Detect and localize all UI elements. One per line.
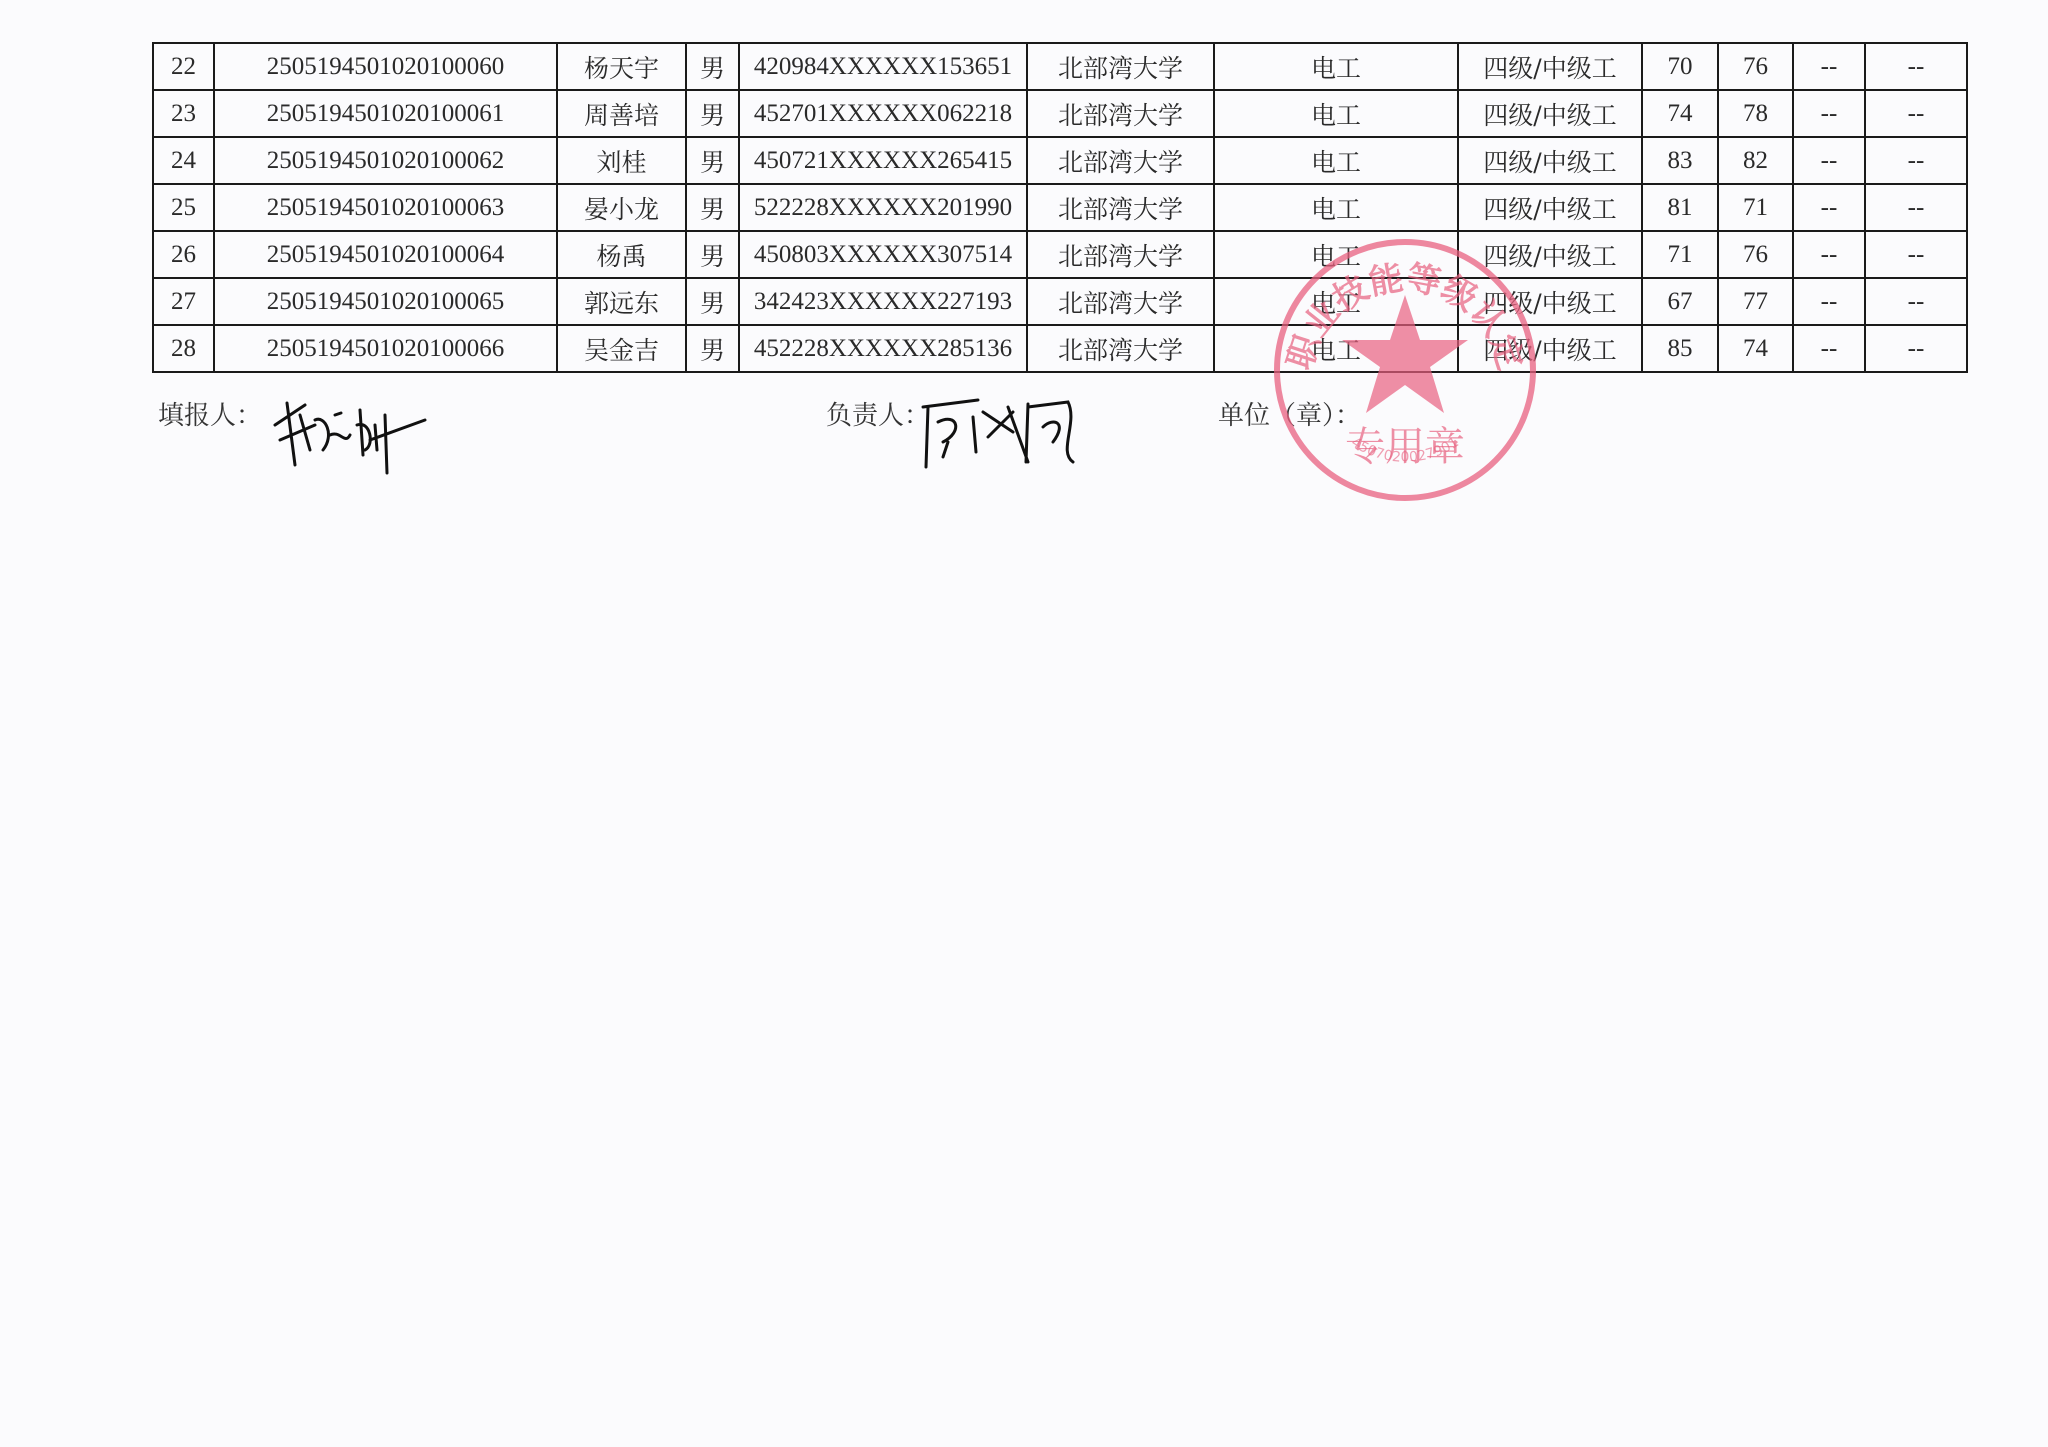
blank-cell-a: --: [1793, 184, 1865, 231]
gender-cell: 男: [686, 231, 739, 278]
exam-id-cell: 2505194501020100061: [214, 90, 557, 137]
svg-text:4507020027901: 4507020027901: [1348, 434, 1462, 465]
name-cell: 杨禹: [557, 231, 686, 278]
blank-cell-b: --: [1865, 231, 1967, 278]
blank-cell-a: --: [1793, 90, 1865, 137]
skill-score-cell: 82: [1718, 137, 1793, 184]
blank-cell-a: --: [1793, 325, 1865, 372]
table-row: 222505194501020100060杨天宇男420984XXXXXX153…: [153, 43, 1967, 90]
gender-cell: 男: [686, 90, 739, 137]
exam-id-cell: 2505194501020100064: [214, 231, 557, 278]
id-card-cell: 452701XXXXXX062218: [739, 90, 1027, 137]
row-number-cell: 28: [153, 325, 214, 372]
exam-id-cell: 2505194501020100066: [214, 325, 557, 372]
id-card-cell: 522228XXXXXX201990: [739, 184, 1027, 231]
occupation-cell: 电工: [1214, 278, 1458, 325]
level-cell: 四级/中级工: [1458, 278, 1642, 325]
row-number-cell: 25: [153, 184, 214, 231]
level-cell: 四级/中级工: [1458, 184, 1642, 231]
level-cell: 四级/中级工: [1458, 137, 1642, 184]
table-row: 242505194501020100062刘桂男450721XXXXXX2654…: [153, 137, 1967, 184]
unit-cell: 北部湾大学: [1027, 43, 1214, 90]
theory-score-cell: 83: [1642, 137, 1718, 184]
gender-cell: 男: [686, 278, 739, 325]
skill-score-cell: 77: [1718, 278, 1793, 325]
theory-score-cell: 70: [1642, 43, 1718, 90]
table-row: 252505194501020100063晏小龙男522228XXXXXX201…: [153, 184, 1967, 231]
unit-cell: 北部湾大学: [1027, 90, 1214, 137]
exam-id-cell: 2505194501020100065: [214, 278, 557, 325]
exam-id-cell: 2505194501020100062: [214, 137, 557, 184]
skill-score-cell: 71: [1718, 184, 1793, 231]
level-cell: 四级/中级工: [1458, 90, 1642, 137]
skill-score-cell: 78: [1718, 90, 1793, 137]
id-card-cell: 342423XXXXXX227193: [739, 278, 1027, 325]
theory-score-cell: 74: [1642, 90, 1718, 137]
unit-seal-label: 单位（章）：: [1218, 395, 1361, 432]
row-number-cell: 22: [153, 43, 214, 90]
name-cell: 刘桂: [557, 137, 686, 184]
theory-score-cell: 81: [1642, 184, 1718, 231]
table-row: 262505194501020100064杨禹男450803XXXXXX3075…: [153, 231, 1967, 278]
filler-signature: [265, 395, 435, 475]
blank-cell-a: --: [1793, 231, 1865, 278]
gender-cell: 男: [686, 43, 739, 90]
blank-cell-b: --: [1865, 90, 1967, 137]
gender-cell: 男: [686, 137, 739, 184]
table-row: 272505194501020100065郭远东男342423XXXXXX227…: [153, 278, 1967, 325]
table-row: 282505194501020100066吴金吉男452228XXXXXX285…: [153, 325, 1967, 372]
exam-id-cell: 2505194501020100060: [214, 43, 557, 90]
row-number-cell: 26: [153, 231, 214, 278]
blank-cell-b: --: [1865, 278, 1967, 325]
row-number-cell: 27: [153, 278, 214, 325]
blank-cell-a: --: [1793, 43, 1865, 90]
occupation-cell: 电工: [1214, 43, 1458, 90]
unit-cell: 北部湾大学: [1027, 278, 1214, 325]
name-cell: 晏小龙: [557, 184, 686, 231]
blank-cell-b: --: [1865, 137, 1967, 184]
unit-cell: 北部湾大学: [1027, 231, 1214, 278]
filler-label: 填报人：: [158, 395, 262, 432]
unit-cell: 北部湾大学: [1027, 137, 1214, 184]
blank-cell-a: --: [1793, 278, 1865, 325]
theory-score-cell: 71: [1642, 231, 1718, 278]
row-number-cell: 23: [153, 90, 214, 137]
gender-cell: 男: [686, 184, 739, 231]
unit-cell: 北部湾大学: [1027, 184, 1214, 231]
unit-cell: 北部湾大学: [1027, 325, 1214, 372]
theory-score-cell: 85: [1642, 325, 1718, 372]
skill-score-cell: 76: [1718, 43, 1793, 90]
blank-cell-b: --: [1865, 43, 1967, 90]
responsible-signature: [918, 392, 1098, 472]
occupation-cell: 电工: [1214, 231, 1458, 278]
occupation-cell: 电工: [1214, 325, 1458, 372]
svg-text:专用章: 专用章: [1345, 424, 1465, 470]
occupation-cell: 电工: [1214, 184, 1458, 231]
skill-score-cell: 76: [1718, 231, 1793, 278]
document-page: 222505194501020100060杨天宇男420984XXXXXX153…: [0, 0, 2048, 1447]
id-card-cell: 452228XXXXXX285136: [739, 325, 1027, 372]
level-cell: 四级/中级工: [1458, 231, 1642, 278]
theory-score-cell: 67: [1642, 278, 1718, 325]
roster-body: 222505194501020100060杨天宇男420984XXXXXX153…: [153, 43, 1967, 372]
level-cell: 四级/中级工: [1458, 325, 1642, 372]
exam-id-cell: 2505194501020100063: [214, 184, 557, 231]
occupation-cell: 电工: [1214, 137, 1458, 184]
score-roster-table: 222505194501020100060杨天宇男420984XXXXXX153…: [152, 42, 1968, 373]
id-card-cell: 450721XXXXXX265415: [739, 137, 1027, 184]
name-cell: 吴金吉: [557, 325, 686, 372]
responsible-label: 负责人：: [826, 395, 930, 432]
skill-score-cell: 74: [1718, 325, 1793, 372]
gender-cell: 男: [686, 325, 739, 372]
row-number-cell: 24: [153, 137, 214, 184]
id-card-cell: 420984XXXXXX153651: [739, 43, 1027, 90]
table-row: 232505194501020100061周善培男452701XXXXXX062…: [153, 90, 1967, 137]
name-cell: 周善培: [557, 90, 686, 137]
level-cell: 四级/中级工: [1458, 43, 1642, 90]
name-cell: 郭远东: [557, 278, 686, 325]
name-cell: 杨天宇: [557, 43, 686, 90]
blank-cell-a: --: [1793, 137, 1865, 184]
blank-cell-b: --: [1865, 325, 1967, 372]
blank-cell-b: --: [1865, 184, 1967, 231]
id-card-cell: 450803XXXXXX307514: [739, 231, 1027, 278]
occupation-cell: 电工: [1214, 90, 1458, 137]
